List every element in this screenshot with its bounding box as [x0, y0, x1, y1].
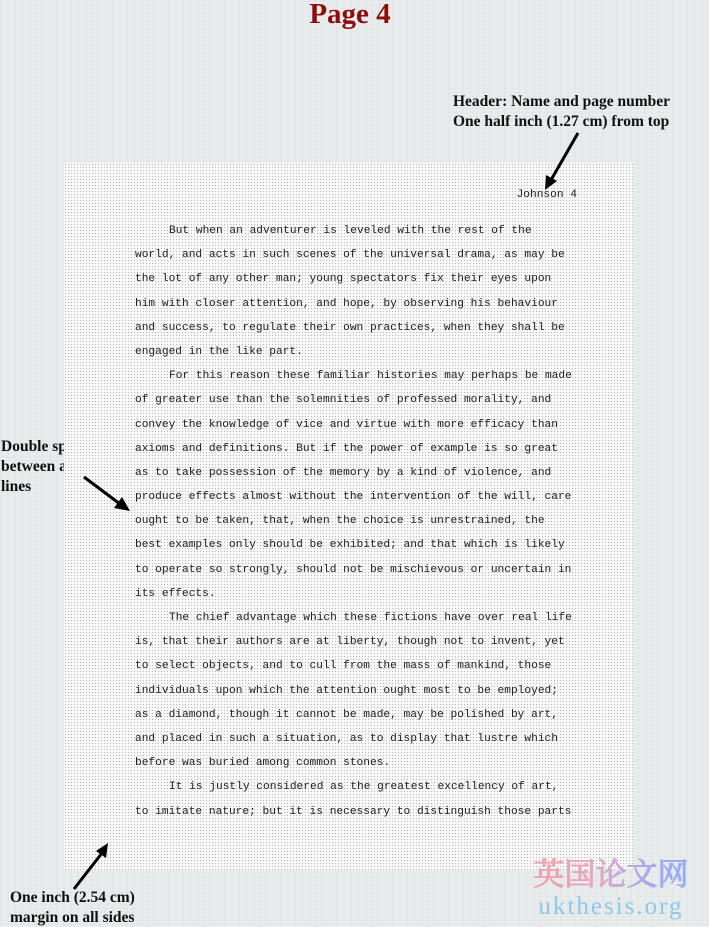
document-line: The chief advantage which these fictions…: [135, 608, 595, 632]
document-line: and success, to regulate their own pract…: [135, 318, 595, 342]
watermark-cn: 英国论文网: [516, 858, 706, 892]
document-line: before was buried among common stones.: [135, 753, 595, 777]
document-line: world, and acts in such scenes of the un…: [135, 245, 595, 269]
watermark: 英国论文网 ukthesis.org: [516, 858, 706, 920]
document-line: axioms and definitions. But if the power…: [135, 439, 595, 463]
document-line: For this reason these familiar histories…: [135, 366, 595, 390]
document-line: to select objects, and to cull from the …: [135, 656, 595, 680]
document-page: Johnson 4 But when an adventurer is leve…: [64, 163, 633, 870]
document-line: But when an adventurer is leveled with t…: [135, 221, 595, 245]
margin-annotation-line: One inch (2.54 cm): [10, 888, 135, 908]
document-line: its effects.: [135, 584, 595, 608]
document-line: the lot of any other man; young spectato…: [135, 269, 595, 293]
watermark-en: ukthesis.org: [516, 894, 706, 920]
margin-annotation: One inch (2.54 cm) margin on all sides: [10, 888, 135, 927]
header-annotation-line: One half inch (1.27 cm) from top: [453, 112, 670, 132]
document-line: is, that their authors are at liberty, t…: [135, 632, 595, 656]
document-line: as a diamond, though it cannot be made, …: [135, 705, 595, 729]
document-line: and placed in such a situation, as to di…: [135, 729, 595, 753]
header-annotation-line: Header: Name and page number: [453, 92, 670, 112]
page-title: Page 4: [0, 0, 700, 31]
document-line: It is justly considered as the greatest …: [135, 777, 595, 801]
body-text: But when an adventurer is leveled with t…: [135, 221, 595, 826]
document-line: to imitate nature; but it is necessary t…: [135, 802, 595, 826]
document-line: as to take possession of the memory by a…: [135, 463, 595, 487]
margin-annotation-line: margin on all sides: [10, 908, 135, 927]
document-line: convey the knowledge of vice and virtue …: [135, 415, 595, 439]
header-annotation: Header: Name and page number One half in…: [453, 92, 670, 132]
document-line: ought to be taken, that, when the choice…: [135, 511, 595, 535]
document-line: him with closer attention, and hope, by …: [135, 294, 595, 318]
document-line: individuals upon which the attention oug…: [135, 681, 595, 705]
document-line: to operate so strongly, should not be mi…: [135, 560, 595, 584]
document-line: engaged in the like part.: [135, 342, 595, 366]
document-line: best examples only should be exhibited; …: [135, 535, 595, 559]
document-line: of greater use than the solemnities of p…: [135, 390, 595, 414]
document-line: produce effects almost without the inter…: [135, 487, 595, 511]
running-head: Johnson 4: [517, 189, 577, 201]
